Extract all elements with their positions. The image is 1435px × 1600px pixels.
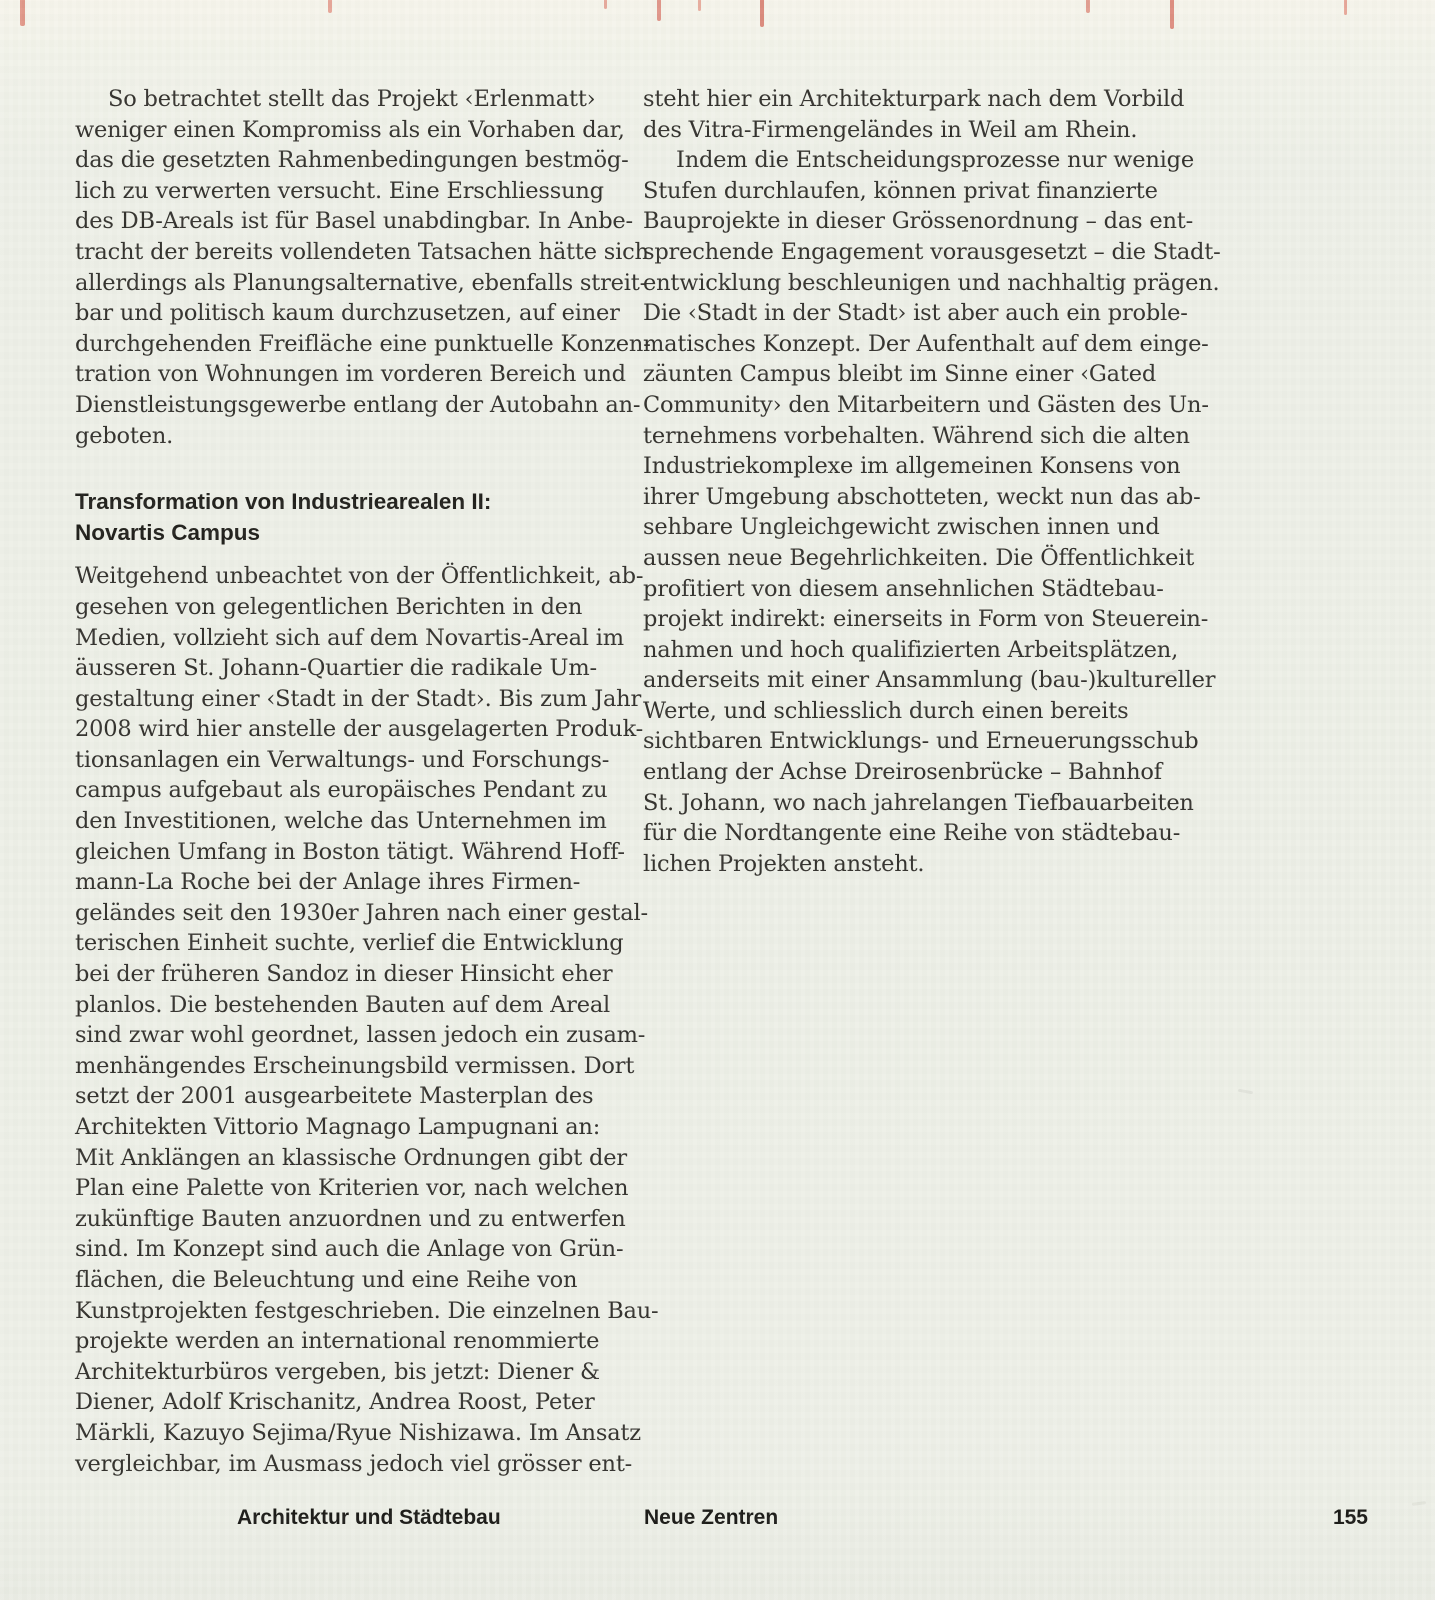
text-line: sehbare Ungleichgewicht zwischen innen u… xyxy=(643,512,1191,543)
text-line: Community› den Mitarbeitern und Gästen d… xyxy=(643,390,1191,421)
text-line: Werte, und schliesslich durch einen bere… xyxy=(643,696,1191,727)
scan-artifact-mark xyxy=(1086,0,1090,13)
heading-line: Novartis Campus xyxy=(75,518,631,549)
paragraph: steht hier ein Architekturpark nach dem … xyxy=(643,84,1191,145)
text-line: 2008 wird hier anstelle der ausgelagerte… xyxy=(75,714,631,745)
text-line: tracht der bereits vollendeten Tatsachen… xyxy=(75,237,631,268)
scan-artifact-mark xyxy=(1344,0,1347,15)
text-line: sind. Im Konzept sind auch die Anlage vo… xyxy=(75,1234,631,1265)
text-line: tration von Wohnungen im vorderen Bereic… xyxy=(75,359,631,390)
text-line: St. Johann, wo nach jahrelangen Tiefbaua… xyxy=(643,788,1191,819)
page-number: 155 xyxy=(1333,1506,1368,1530)
text-line: äusseren St. Johann-Quartier die radikal… xyxy=(75,653,631,684)
text-line: sind zwar wohl geordnet, lassen jedoch e… xyxy=(75,1020,631,1051)
text-line: den Investitionen, welche das Unternehme… xyxy=(75,806,631,837)
text-line: durchgehenden Freifläche eine punktuelle… xyxy=(75,329,631,360)
section-heading: Transformation von Industriearealen II:N… xyxy=(75,487,631,548)
text-line: gestaltung einer ‹Stadt in der Stadt›. B… xyxy=(75,684,631,715)
heading-line: Transformation von Industriearealen II: xyxy=(75,487,631,518)
page-footer: Architektur und Städtebau Neue Zentren 1… xyxy=(0,1506,1435,1536)
text-line: flächen, die Beleuchtung und eine Reihe … xyxy=(75,1265,631,1296)
text-line: Plan eine Palette von Kriterien vor, nac… xyxy=(75,1173,631,1204)
text-line: lichen Projekten ansteht. xyxy=(643,849,1191,880)
text-line: Indem die Entscheidungsprozesse nur weni… xyxy=(643,145,1191,176)
text-line: matisches Konzept. Der Aufenthalt auf de… xyxy=(643,329,1191,360)
text-line: entlang der Achse Dreirosenbrücke – Bahn… xyxy=(643,757,1191,788)
right-text-column: steht hier ein Architekturpark nach dem … xyxy=(643,84,1191,879)
text-line: Kunstprojekten festgeschrieben. Die einz… xyxy=(75,1296,631,1327)
text-line: Mit Anklängen an klassische Ordnungen gi… xyxy=(75,1143,631,1174)
text-line: Märkli, Kazuyo Sejima/Ryue Nishizawa. Im… xyxy=(75,1418,631,1449)
text-line: bei der früheren Sandoz in dieser Hinsic… xyxy=(75,959,631,990)
text-line: aussen neue Begehrlichkeiten. Die Öffent… xyxy=(643,543,1191,574)
text-line: nahmen und hoch qualifizierten Arbeitspl… xyxy=(643,635,1191,666)
text-line: bar und politisch kaum durchzusetzen, au… xyxy=(75,298,631,329)
text-line: tionsanlagen ein Verwaltungs- und Forsch… xyxy=(75,745,631,776)
text-line: mann-La Roche bei der Anlage ihres Firme… xyxy=(75,867,631,898)
footer-section-title: Architektur und Städtebau xyxy=(237,1506,501,1530)
text-line: weniger einen Kompromiss als ein Vorhabe… xyxy=(75,115,631,146)
text-line: steht hier ein Architekturpark nach dem … xyxy=(643,84,1191,115)
text-line: Stufen durchlaufen, können privat finanz… xyxy=(643,176,1191,207)
text-line: terischen Einheit suchte, verlief die En… xyxy=(75,928,631,959)
text-line: zukünftige Bauten anzuordnen und zu entw… xyxy=(75,1204,631,1235)
scan-artifact-mark xyxy=(657,0,661,21)
text-line: allerdings als Planungsalternative, eben… xyxy=(75,268,631,299)
text-line: sprechende Engagement vorausgesetzt – di… xyxy=(643,237,1191,268)
text-line: menhängendes Erscheinungsbild vermissen.… xyxy=(75,1051,631,1082)
scan-artifact-mark xyxy=(1170,0,1174,29)
scan-artifact-mark xyxy=(328,0,332,13)
text-line: ternehmens vorbehalten. Während sich die… xyxy=(643,421,1191,452)
text-line: Dienstleistungsgewerbe entlang der Autob… xyxy=(75,390,631,421)
text-line: Architekturbüros vergeben, bis jetzt: Di… xyxy=(75,1357,631,1388)
text-line: So betrachtet stellt das Projekt ‹Erlenm… xyxy=(75,84,631,115)
text-line: zäunten Campus bleibt im Sinne einer ‹Ga… xyxy=(643,359,1191,390)
text-line: geländes seit den 1930er Jahren nach ein… xyxy=(75,898,631,929)
text-line: planlos. Die bestehenden Bauten auf dem … xyxy=(75,990,631,1021)
text-line: des Vitra-Firmengeländes in Weil am Rhei… xyxy=(643,115,1191,146)
text-line: des DB-Areals ist für Basel unabdingbar.… xyxy=(75,206,631,237)
text-line: profitiert von diesem ansehnlichen Städt… xyxy=(643,574,1191,605)
text-line: geboten. xyxy=(75,421,631,452)
text-line: Medien, vollzieht sich auf dem Novartis-… xyxy=(75,623,631,654)
text-line: ihrer Umgebung abschotteten, weckt nun d… xyxy=(643,482,1191,513)
text-line: das die gesetzten Rahmenbedingungen best… xyxy=(75,145,631,176)
text-line: setzt der 2001 ausgearbeitete Masterplan… xyxy=(75,1081,631,1112)
scan-artifact-mark xyxy=(760,0,764,27)
text-line: projekt indirekt: einerseits in Form von… xyxy=(643,604,1191,635)
text-line: vergleichbar, im Ausmass jedoch viel grö… xyxy=(75,1449,631,1480)
paragraph: Indem die Entscheidungsprozesse nur weni… xyxy=(643,145,1191,879)
text-line: Architekten Vittorio Magnago Lampugnani … xyxy=(75,1112,631,1143)
scan-artifact-mark xyxy=(698,0,701,11)
text-line: campus aufgebaut als europäisches Pendan… xyxy=(75,775,631,806)
text-line: entwicklung beschleunigen und nachhaltig… xyxy=(643,268,1191,299)
text-line: anderseits mit einer Ansammlung (bau-)ku… xyxy=(643,665,1191,696)
book-page-scan: So betrachtet stellt das Projekt ‹Erlenm… xyxy=(0,0,1435,1600)
footer-chapter-title: Neue Zentren xyxy=(644,1506,778,1530)
paragraph: So betrachtet stellt das Projekt ‹Erlenm… xyxy=(75,84,631,451)
text-line: Die ‹Stadt in der Stadt› ist aber auch e… xyxy=(643,298,1191,329)
text-line: für die Nordtangente eine Reihe von städ… xyxy=(643,818,1191,849)
text-line: lich zu verwerten versucht. Eine Erschli… xyxy=(75,176,631,207)
text-line: Bauprojekte in dieser Grössenordnung – d… xyxy=(643,206,1191,237)
scan-artifact-mark xyxy=(604,0,607,9)
margin-smudge xyxy=(1238,1089,1253,1095)
text-line: sichtbaren Entwicklungs- und Erneuerungs… xyxy=(643,726,1191,757)
text-line: Industriekomplexe im allgemeinen Konsens… xyxy=(643,451,1191,482)
text-line: projekte werden an international renommi… xyxy=(75,1326,631,1357)
paragraph: Weitgehend unbeachtet von der Öffentlich… xyxy=(75,561,631,1479)
scan-artifact-mark xyxy=(20,0,25,26)
text-line: gleichen Umfang in Boston tätigt. Währen… xyxy=(75,837,631,868)
text-line: Diener, Adolf Krischanitz, Andrea Roost,… xyxy=(75,1387,631,1418)
text-line: gesehen von gelegentlichen Berichten in … xyxy=(75,592,631,623)
text-line: Weitgehend unbeachtet von der Öffentlich… xyxy=(75,561,631,592)
left-text-column: So betrachtet stellt das Projekt ‹Erlenm… xyxy=(75,84,631,1479)
